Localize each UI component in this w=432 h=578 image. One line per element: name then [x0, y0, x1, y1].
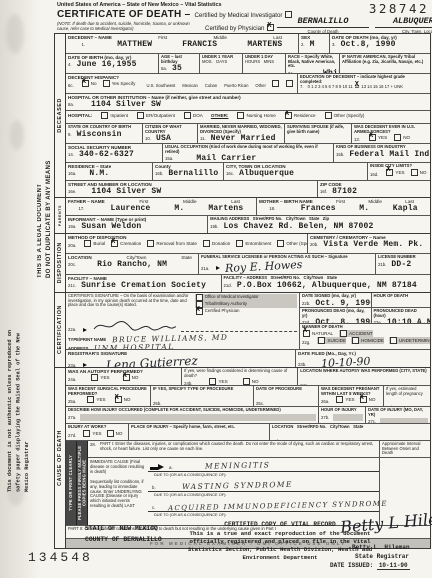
other-specify-checkbox: Other (Specify) [324, 112, 365, 119]
form-row: INJURY AT WORK? 27d. YES NO PLACE OF INJ… [66, 424, 430, 441]
field-date-of-injury: DATE OF INJURY (MO, DAY, YR) 27c. [366, 407, 430, 423]
field-inside-city-limits: INSIDE CITY LIMITS? 16d. XYES NO [368, 163, 430, 180]
form-row: STATE OR COUNTRY OF BIRTH 9.Wisconsin CI… [66, 124, 430, 144]
form-row: DECEDENT – NAMEFirstMiddleLast 1.MATTHEW… [66, 34, 430, 54]
interval-column-header: Approximate Interval Between Onset and D… [379, 441, 430, 457]
field-residence-city: CITY, TOWN OR LOCATION 16c.Albuquerque [224, 163, 368, 180]
authenticity-notice: This document is not authentic unless re… [6, 322, 32, 492]
press-firmly-bar: PLEASE PRESS FIRMLY MULTIPLE COPIES BEIN… [77, 441, 88, 525]
field-pregnancy-length: If yes, estimated length of pregnancy 26… [384, 386, 430, 406]
field-citizen-of: CITIZEN OF WHAT COUNTRY 10.USA [143, 124, 198, 143]
field-decedent-name: DECEDENT – NAMEFirstMiddleLast 1.MATTHEW… [66, 34, 299, 53]
cause-b-value: Wasting Syndrome [182, 480, 293, 491]
field-pronounced-dead-date: PRONOUNCED DEAD (mo, day, yr) 22d.Oct. 8… [300, 308, 372, 323]
field-informant-address: MAILING ADDRESS Street/RFD No. City/Town… [208, 216, 430, 233]
arrow-icon [158, 464, 164, 470]
cause-lines: a. Meningitis DUE TO (OR AS A CONSEQUENC… [148, 458, 379, 525]
section-deceased: DECEASED DECEDENT – NAMEFirstMiddleLast … [55, 34, 430, 198]
cause-of-death-block: TYPE OR PRINT CLEARLY PLEASE PRESS FIRML… [66, 441, 430, 526]
cause-line-c: c. Acquired Immunodeficiency Syndrome [148, 498, 379, 512]
certifier-signature-scrawl [92, 319, 178, 332]
autopsy-no-checkbox: XNO [122, 374, 139, 381]
accident-checkbox: ACCIDENT [339, 330, 372, 337]
surgical-yes-checkbox: YES [86, 396, 105, 403]
form-row: RESIDENCE – State 16a.N.M. County 16b.Be… [66, 163, 430, 181]
cause-line-a: a. Meningitis [148, 458, 379, 472]
field-state-of-birth: STATE OR COUNTRY OF BIRTH 9.Wisconsin [66, 124, 143, 143]
field-injury-description: DESCRIBE HOW INJURY OCCURRED (COMPLETE F… [66, 407, 319, 423]
education-grade-12-marked: X12 [355, 85, 360, 90]
certified-by-physician: Certified by Physician X [205, 24, 275, 32]
form-row: WAS AN AUTOPSY PERFORMED? 24a. YES XNO I… [66, 368, 430, 386]
nursing-home-checkbox: Nursing Home [236, 112, 275, 119]
field-sex: SEX 2.M [299, 34, 330, 53]
field-residence-state: RESIDENCE – State 16a.N.M. [66, 163, 153, 180]
donation-checkbox: Donation [202, 240, 230, 247]
form-row: HOSPITAL: Inpatient ER/Outpatient DOA OT… [66, 111, 430, 124]
field-armed-forces: WAS DECEDENT EVER IN U.S. ARMED FORCES? … [352, 124, 430, 143]
omi-checkbox: Office of Medical Investigator [195, 294, 297, 301]
field-native-american-tribe: IF NATIVE AMERICAN, Specify Tribal Affil… [340, 54, 430, 73]
part1-instructions: PART I: Enter the diseases, injuries, or… [100, 442, 377, 456]
form-row: HOSPITAL OR OTHER INSTITUTION – Name (if… [66, 94, 430, 111]
certifier-address: UNM HOSPITAL [94, 342, 175, 349]
field-injury-at-work: INJURY AT WORK? 27d. YES NO [66, 424, 129, 440]
injury-work-no-checkbox: NO [106, 430, 123, 437]
immediate-cause-value: Meningitis [205, 460, 270, 470]
state-registrar-role: State Registrar [355, 553, 409, 560]
field-race: RACE – Specify White, Black, Native Amer… [286, 54, 340, 73]
field-funeral-licensee-signature: FUNERAL SERVICE LICENSEE or PERSON ACTIN… [199, 254, 376, 274]
certificate-form: DECEASED DECEDENT – NAMEFirstMiddleLast … [54, 33, 431, 549]
section-label-certification: CERTIFICATION [55, 293, 66, 367]
field-facility-address: FACILITY – ADDRESS Street/RFD No. City/T… [222, 275, 431, 292]
field-residence-street: STREET AND NUMBER OR LOCATION 16e.1104 S… [66, 181, 318, 197]
autopsy-yes-checkbox: YES [90, 374, 109, 381]
form-row: METHOD OF DISPOSITION 20a. Burial XCrema… [66, 234, 430, 254]
footer-copy-number: 134548 [28, 550, 93, 565]
field-ssn: SOCIAL SECURITY NUMBER 14.340-62-6327 [66, 144, 163, 162]
field-residence-county: County 16b.Bernalillo [153, 163, 224, 180]
field-place-of-injury: PLACE OF INJURY – Specify home, farm, st… [129, 424, 270, 440]
surgical-no-checkbox: XNO [114, 396, 131, 403]
field-procedure-type: IF YES, SPECIFY TYPE OF PROCEDURE 25b. [151, 386, 254, 406]
residence-checkbox: XResidence [284, 112, 316, 119]
cause-line-b: b. Wasting Syndrome [148, 478, 379, 492]
field-injury-location: LOCATION Street/RFD No. City/Town State … [270, 424, 430, 440]
arrow-icon [150, 467, 158, 470]
removal-checkbox: Removal from State [146, 240, 197, 247]
field-hospital-type: HOSPITAL: Inpatient ER/Outpatient DOA OT… [66, 111, 430, 123]
inpatient-checkbox: Inpatient [100, 112, 128, 119]
suicide-checkbox: SUICIDE [317, 337, 346, 344]
field-pregnant: WAS DECEDENT PREGNANT WITHIN LAST 8 WEEK… [319, 386, 384, 406]
field-decedent-hispanic: DECEDENT HISPANIC? 6c. XNo Yes Specify U… [66, 74, 298, 93]
hispanic-no-checkbox: XNo [81, 80, 97, 87]
pointer-icon [83, 328, 87, 332]
field-date-filed: DATE FILED (Mo., Day, Yr.) 23b.10-10-90 [296, 350, 430, 367]
field-hour-of-death: HOUR OF DEATH 22c. [372, 293, 430, 307]
serial-number: 328742 [369, 1, 429, 16]
findings-no-checkbox: NO [242, 378, 259, 385]
field-occupation: USUAL OCCUPATION (Kind of work done duri… [163, 144, 334, 162]
field-method-of-disposition: METHOD OF DISPOSITION 20a. Burial XCrema… [66, 234, 308, 253]
field-father-name: FATHER – NAMEFirstMiddleLast 17.Laurence… [66, 198, 257, 215]
pregnant-no-checkbox: XNO [359, 396, 376, 403]
section-label-disposition: DISPOSITION [55, 234, 66, 292]
state-registrar-name: Betty L. Hileman [352, 544, 410, 551]
county-of-death: BERNALILLOCounty of Death [277, 16, 369, 34]
field-autopsy-findings: If yes, were findings considered in dete… [182, 368, 298, 385]
injury-work-yes-checkbox: YES [82, 430, 101, 437]
not-applicable-shading [80, 414, 316, 421]
licensee-signature: Roy E. Howes [225, 258, 303, 274]
doa-checkbox: DOA [183, 112, 203, 119]
section-label-deceased: DECEASED [55, 34, 66, 197]
form-row: INFORMANT – NAME (Type or print) 19a.Sus… [66, 216, 430, 233]
city-limits-no-checkbox: NO [410, 169, 427, 176]
form-row: CERTIFIER'S SIGNATURE – On the basis of … [66, 293, 430, 350]
field-hour-of-injury: HOUR OF INJURY 27b. [319, 407, 366, 423]
not-applicable-shading [380, 418, 428, 423]
not-applicable-shading [333, 414, 363, 421]
scan-smudge [10, 120, 24, 150]
field-date-signed: DATE SIGNED (mo, day, yr) 22b.Oct. 9, 19… [300, 293, 372, 307]
field-disposition-location: LOCATIONCity/TownState 20c.Rio Rancho, N… [66, 254, 199, 274]
date-filed-handwritten: 10-10-90 [321, 355, 371, 367]
entombment-checkbox: Entombment [235, 240, 271, 247]
field-manner-of-death: MANNER OF DEATH XNATURAL ACCIDENT 22g. S… [300, 324, 430, 349]
field-under-1-day: UNDER 1 DAY HOURS MINS 5c. [243, 54, 286, 73]
cause-guidance-column: IMMEDIATE CAUSE (Final disease or condit… [88, 458, 148, 525]
type-or-print-clearly-bar: TYPE OR PRINT CLEARLY [66, 441, 77, 525]
form-row: FACILITY – NAME 21c.Sunrise Cremation So… [66, 275, 430, 292]
armed-forces-no-checkbox: NO [393, 134, 410, 141]
field-age: AGE – last birthday 5a.35 [159, 54, 200, 73]
certified-physician-checkbox: XCertified Physician [195, 308, 297, 315]
certification-right-column: DATE SIGNED (mo, day, yr) 22b.Oct. 9, 19… [300, 293, 430, 349]
form-row: DATE OF BIRTH (mo, day, yr) 4.June 16,19… [66, 54, 430, 74]
form-row: STREET AND NUMBER OR LOCATION 16e.1104 S… [66, 181, 430, 197]
field-pronounced-dead-hour: PRONOUNCED DEAD (hour) 22e.10:10 A.M. [372, 308, 430, 323]
physician-checkbox: X [267, 24, 274, 31]
field-under-1-year: UNDER 1 YEAR MOS. DAYS 5b. [200, 54, 243, 73]
field-date-of-death: DATE OF DEATH (mo, day, yr) 3.Oct.8, 199… [330, 34, 430, 53]
city-of-death: ALBUQUERQUECity, Town, Location [375, 16, 432, 34]
undetermined-checkbox: UNDETERMINED [389, 337, 430, 344]
field-date-of-birth: DATE OF BIRTH (mo, day, yr) 4.June 16,19… [66, 54, 159, 73]
field-registrar-signature: REGISTRAR'S SIGNATURE 23a.Lena Gutierrez [66, 350, 296, 367]
form-row: LOCATIONCity/TownState 20c.Rio Rancho, N… [66, 254, 430, 275]
form-row: REGISTRAR'S SIGNATURE 23a.Lena Gutierrez… [66, 350, 430, 367]
city-limits-yes-checkbox: XYES [385, 169, 404, 176]
field-marital-status: MARRIED, NEVER MARRIED, WIDOWED, DIVORCE… [198, 124, 285, 143]
death-certificate-scan: THIS IS A LEGAL DOCUMENT DO NOT DUPLICAT… [0, 0, 432, 578]
homicide-checkbox: HOMICIDE [351, 337, 384, 344]
field-surviving-spouse: SURVIVING SPOUSE (if wife, give birth na… [285, 124, 352, 143]
other-disposition-checkbox: Other (Specify) [276, 240, 308, 247]
form-row: DESCRIBE HOW INJURY OCCURRED (COMPLETE F… [66, 407, 430, 424]
form-row: FATHER – NAMEFirstMiddleLast 17.Laurence… [66, 198, 430, 216]
underlying-cause-value: Acquired Immunodeficiency Syndrome [167, 500, 387, 513]
er-outpatient-checkbox: ER/Outpatient [136, 112, 175, 119]
field-procedure-date: DATE OF PROCEDURE 25c. [254, 386, 319, 406]
scan-smudge [6, 14, 24, 54]
header: United States of America – State of New … [55, 1, 429, 33]
note-text: (NOTE: If death due to accident, suicide… [57, 22, 195, 32]
pointer-icon [216, 266, 220, 270]
field-certifier: CERTIFIER'S SIGNATURE – On the basis of … [66, 293, 300, 349]
field-surgical-procedure: WAS RECENT SURGICAL PROCEDURE PERFORMED?… [66, 386, 151, 406]
section-certification: CERTIFICATION CERTIFIER'S SIGNATURE – On… [55, 293, 430, 368]
field-facility-name: FACILITY – NAME 21c.Sunrise Cremation So… [66, 275, 222, 292]
footer-state-county: STATE OF NEW MEXICO COUNTY OF BERNALILLO [85, 524, 162, 546]
pointer-icon [83, 363, 87, 367]
cremation-checkbox: XCremation [110, 240, 141, 247]
hispanic-yes-checkbox: Yes Specify [102, 80, 136, 87]
pregnant-yes-checkbox: YES [335, 396, 354, 403]
field-autopsy-performed: WAS AN AUTOPSY PERFORMED? 24a. YES XNO [66, 368, 182, 385]
document-title: United States of America – State of New … [57, 2, 221, 8]
tribal-military-checkbox: Tribal/Military Authority [195, 301, 297, 308]
field-informant: INFORMANT – NAME (Type or print) 19a.Sus… [66, 216, 208, 233]
legal-document-notice: THIS IS A LEGAL DOCUMENT DO NOT DUPLICAT… [36, 118, 54, 278]
section-label-parents: PARENTS [55, 198, 66, 233]
certificate-of-death-title: CERTIFICATE OF DEATH – [57, 9, 190, 20]
field-license-number: LICENSE NUMBER 21b.DD-2 [376, 254, 430, 274]
field-industry: KIND OF BUSINESS OR INDUSTRY 15b.Federal… [334, 144, 430, 162]
burial-checkbox: Burial [83, 240, 105, 247]
field-cemetery-name: CEMETERY / CREMATORY – Name 20b.Vista Ve… [308, 234, 430, 253]
form-row: SOCIAL SECURITY NUMBER 14.340-62-6327 US… [66, 144, 430, 163]
field-zip: ZIP CODE 16f.87102 [318, 181, 430, 197]
section-disposition: DISPOSITION METHOD OF DISPOSITION 20a. B… [55, 234, 430, 293]
field-mother-name: MOTHER – BIRTH NAMEFirstMiddleLast 18.Fr… [257, 198, 430, 215]
form-row: DECEDENT HISPANIC? 6c. XNo Yes Specify U… [66, 74, 430, 94]
signature-line [181, 322, 297, 332]
form-row: WAS RECENT SURGICAL PROCEDURE PERFORMED?… [66, 386, 430, 407]
field-institution: HOSPITAL OR OTHER INSTITUTION – Name (if… [66, 94, 430, 110]
field-education: EDUCATION OF DECEDENT – indicate highest… [298, 74, 430, 93]
section-parents: PARENTS FATHER – NAMEFirstMiddleLast 17.… [55, 198, 430, 234]
natural-checkbox: XNATURAL [302, 330, 333, 337]
findings-yes-checkbox: YES [208, 378, 227, 385]
footer-certification: STATE OF NEW MEXICO COUNTY OF BERNALILLO… [0, 520, 432, 578]
field-autopsy-location: LOCATION WHERE AUTOPSY WAS PERFORMED (CI… [298, 368, 430, 385]
date-issued: DATE ISSUED: 10-11-90 [330, 562, 410, 569]
armed-forces-yes-checkbox: XYES [368, 134, 387, 141]
